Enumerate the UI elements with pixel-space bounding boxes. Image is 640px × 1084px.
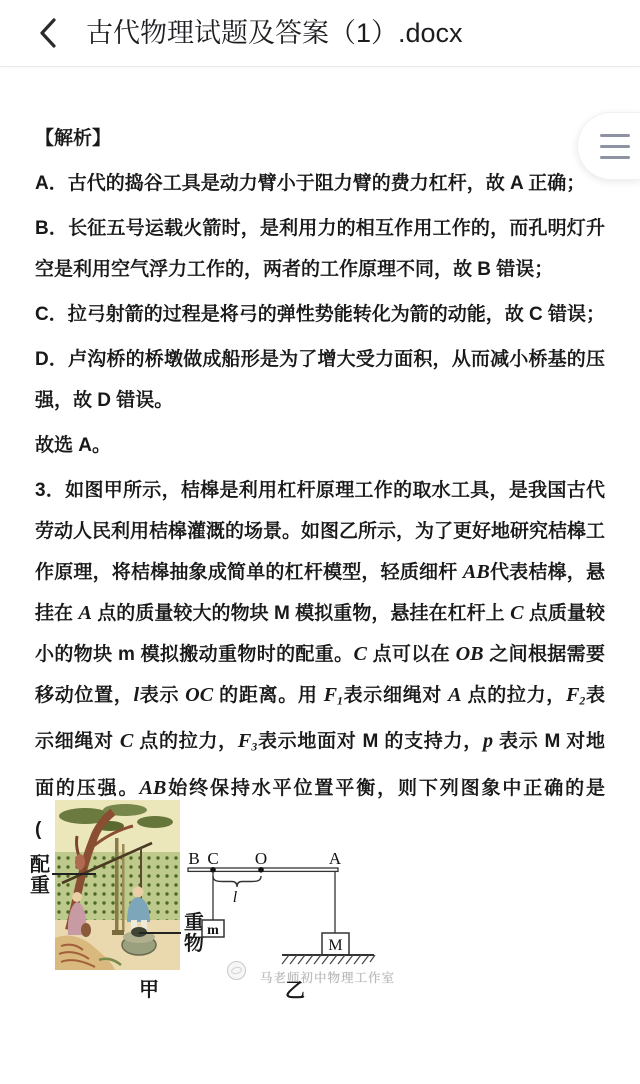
mass-M-label: M — [328, 937, 342, 954]
hamburger-icon — [600, 134, 630, 137]
distance-l-label: l — [233, 889, 238, 906]
watermark-text: 马老师初中物理工作室 — [260, 968, 395, 986]
paragraph-option-a: A．古代的捣谷工具是动力臂小于阻力臂的费力杠杆，故 A 正确； — [35, 163, 605, 204]
figure-jia-painting-image — [55, 800, 180, 970]
figure-yi-lever-diagram: B C O A l m M — [185, 845, 380, 970]
leader-line-counterweight — [52, 873, 96, 875]
document-body: 【解析】 A．古代的捣谷工具是动力臂小于阻力臂的费力杠杆，故 A 正确； B．长… — [35, 118, 605, 850]
watermark: 马老师初中物理工作室 — [227, 961, 387, 987]
page-title: 古代物理试题及答案（1）.docx — [86, 15, 463, 51]
paragraph-option-c: C．拉弓射箭的过程是将弓的弹性势能转化为箭的动能，故 C 错误； — [35, 294, 605, 335]
document-viewer: 古代物理试题及答案（1）.docx 【解析】 A．古代的捣谷工具是动力臂小于阻力… — [0, 0, 640, 1084]
label-counterweight: 配重 — [28, 855, 52, 897]
analysis-heading: 【解析】 — [35, 118, 605, 159]
paragraph-option-b: B．长征五号运载火箭时，是利用力的相互作用工作的，而孔明灯升空是利用空气浮力工作… — [35, 208, 605, 290]
back-button[interactable] — [28, 10, 68, 56]
caption-jia: 甲 — [139, 973, 159, 1002]
point-b-label: B — [188, 849, 199, 868]
point-a-label: A — [329, 849, 342, 868]
point-o-label: O — [255, 849, 267, 868]
mass-m-label: m — [207, 923, 219, 938]
paragraph-question-3: 3．如图甲所示，桔槔是利用杠杆原理工作的取水工具，是我国古代劳动人民利用桔槔灌溉… — [35, 470, 605, 850]
leader-line-weight — [139, 932, 181, 934]
paragraph-conclusion: 故选 A。 — [35, 425, 605, 466]
point-c-label: C — [207, 849, 218, 868]
chevron-left-icon — [37, 17, 59, 49]
caption-yi: 乙 — [285, 974, 305, 1003]
figure-block: 配重 重物 甲 B C O A l m M — [0, 798, 640, 1008]
menu-button[interactable] — [577, 112, 640, 180]
watermark-logo-icon — [227, 961, 246, 980]
paragraph-option-d: D．卢沟桥的桥墩做成船形是为了增大受力面积，从而减小桥基的压强，故 D 错误。 — [35, 339, 605, 421]
header-bar: 古代物理试题及答案（1）.docx — [0, 0, 640, 67]
